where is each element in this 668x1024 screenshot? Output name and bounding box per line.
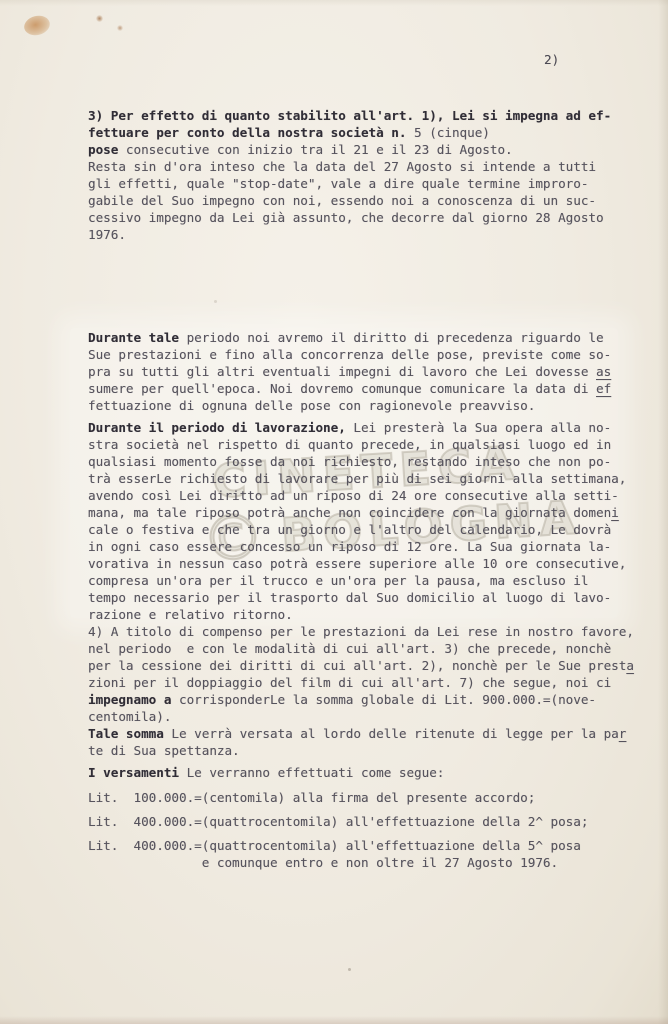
text-line: compresa un'ora per il trucco e un'ora p… [88, 572, 626, 589]
text-line: Resta sin d'ora inteso che la data del 2… [88, 158, 611, 175]
versamento-3: Lit. 400.000.=(quattrocentomila) all'eff… [88, 837, 581, 871]
scanned-document-page: CINETECA © BOLOGNA 2) 3) Per effetto di … [0, 0, 668, 1024]
paper-edge-right [658, 0, 668, 1024]
text-line: Sue prestazioni e fino alla concorrenza … [88, 346, 611, 363]
text-line: vorativa in nessun caso potrà essere sup… [88, 555, 626, 572]
text-line: Lit. 100.000.=(centomila) alla firma del… [88, 789, 535, 806]
paper-stain-dot [96, 15, 103, 22]
text-line: gli effetti, quale "stop-date", vale a d… [88, 175, 611, 192]
text-line: Durante il periodo di lavorazione, Lei p… [88, 419, 626, 436]
text-line: per la cessione dei diritti di cui all'a… [88, 657, 634, 674]
text-line: 4) A titolo di compenso per le prestazio… [88, 623, 634, 640]
text-line: tempo necessario per il trasporto dal Su… [88, 589, 626, 606]
text-line: fettuare per conto della nostra società … [88, 124, 611, 141]
text-line: Durante tale periodo noi avremo il dirit… [88, 329, 611, 346]
text-line: zioni per il doppiaggio del film di cui … [88, 674, 634, 691]
paper-speck [348, 968, 351, 971]
text-line: in ogni caso essere concesso un riposo d… [88, 538, 626, 555]
text-line: pra su tutti gli altri eventuali impegni… [88, 363, 611, 380]
paragraph-art-4-compenso: 4) A titolo di compenso per le prestazio… [88, 623, 634, 759]
text-line: razione e relativo ritorno. [88, 606, 626, 623]
text-line: nel periodo e con le modalità di cui all… [88, 640, 634, 657]
text-line: centomila). [88, 708, 634, 725]
text-line: Tale somma Le verrà versata al lordo del… [88, 725, 634, 742]
text-line: qualsiasi momento fosse da noi richiesto… [88, 453, 626, 470]
text-line: sumere per quell'epoca. Noi dovremo comu… [88, 380, 611, 397]
versamento-2: Lit. 400.000.=(quattrocentomila) all'eff… [88, 813, 588, 830]
text-line: gabile del Suo impegno con noi, essendo … [88, 192, 611, 209]
text-line: fettuazione di ognuna delle pose con rag… [88, 397, 611, 414]
text-line: cessivo impegno da Lei già assunto, che … [88, 209, 611, 226]
text-line: 3) Per effetto di quanto stabilito all'a… [88, 107, 611, 124]
versamenti-intro: I versamenti Le verranno effettuati come… [88, 764, 444, 781]
text-line: Lit. 400.000.=(quattrocentomila) all'eff… [88, 813, 588, 830]
text-line: mana, ma tale riposo potrà anche non coi… [88, 504, 626, 521]
page-number: 2) [544, 52, 559, 67]
paragraph-lavorazione: Durante il periodo di lavorazione, Lei p… [88, 419, 626, 623]
text-line: cale o festiva e che tra un giorno e l'a… [88, 521, 626, 538]
paper-speck [214, 300, 217, 303]
text-line: trà esserLe richiesto di lavorare per pi… [88, 470, 626, 487]
paper-stain [22, 13, 52, 38]
paper-stain-dot [117, 25, 123, 31]
text-line: avendo così Lei diritto ad un riposo di … [88, 487, 626, 504]
text-line: I versamenti Le verranno effettuati come… [88, 764, 444, 781]
paragraph-precedenza: Durante tale periodo noi avremo il dirit… [88, 329, 611, 414]
text-line: pose consecutive con inizio tra il 21 e … [88, 141, 611, 158]
text-line: 1976. [88, 226, 611, 243]
versamento-1: Lit. 100.000.=(centomila) alla firma del… [88, 789, 535, 806]
paper-edge-bottom [0, 1016, 668, 1024]
text-line: stra società nel rispetto di quanto prec… [88, 436, 626, 453]
paragraph-art-3: 3) Per effetto di quanto stabilito all'a… [88, 107, 611, 243]
text-line: te di Sua spettanza. [88, 742, 634, 759]
text-line: impegnamo a corrisponderLe la somma glob… [88, 691, 634, 708]
paper-edge-top [0, 0, 668, 6]
text-line: Lit. 400.000.=(quattrocentomila) all'eff… [88, 837, 581, 854]
text-line: e comunque entro e non oltre il 27 Agost… [88, 854, 581, 871]
